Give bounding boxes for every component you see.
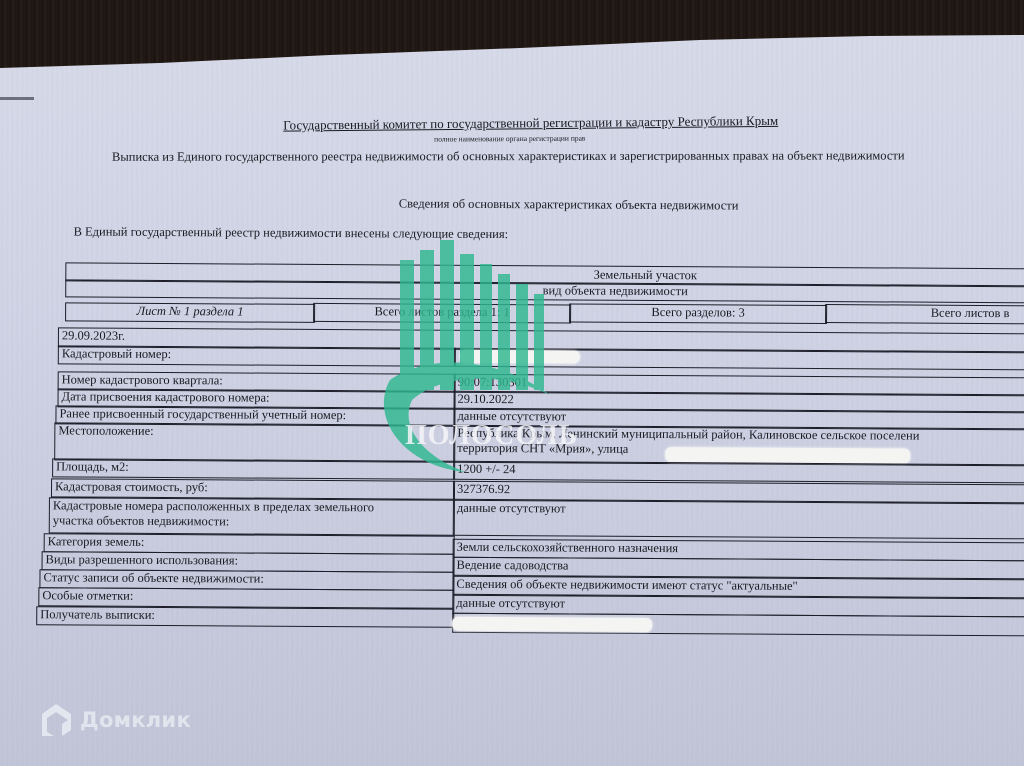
authority-name: Государственный комитет по государственн… [283, 113, 778, 134]
total-sheets-cell: Всего листов в [825, 304, 1024, 324]
special-marks-value: данные отсутствуют [456, 596, 565, 611]
total-sections: Всего разделов: 3 [651, 305, 745, 320]
record-status-value: Сведения об объекте недвижимости имеют с… [456, 577, 797, 593]
redaction-cadastral-number [460, 350, 580, 364]
cadastral-quarter-value: 90:07:130301 [458, 375, 528, 389]
permitted-use-value: Ведение садоводства [457, 558, 569, 573]
table-row-label: Кадастровый номер: [58, 345, 456, 366]
sheets-in-section-cell: Всего листов раздела 1: 1 [313, 303, 571, 324]
row-label: Кадастровый номер: [62, 346, 171, 361]
domclick-label: Домклик [80, 708, 191, 732]
row-label: Местоположение: [58, 423, 153, 438]
contained-objects-value: данные отсутствуют [457, 501, 566, 516]
row-label: Кадастровая стоимость, руб: [55, 479, 208, 494]
sheets-in-section: Всего листов раздела 1: 1 [374, 304, 509, 319]
table-row-label: Получатель выписки: [36, 606, 454, 628]
table-row-label: Площадь, м2: [52, 458, 455, 479]
agency-watermark-text: ПОЛОСОЛЬ [405, 420, 578, 452]
row-label-line2: участка объектов недвижимости: [53, 513, 454, 530]
cadastral-value: 327376.92 [457, 482, 510, 496]
document-page: Государственный комитет по государственн… [0, 0, 1024, 766]
row-label: Площадь, м2: [56, 459, 129, 473]
table-row-label: Местоположение: [54, 422, 455, 462]
total-sheets: Всего листов в [931, 306, 1010, 320]
sheet-no: Лист № 1 раздела 1 [137, 304, 244, 319]
domclick-house-icon [38, 702, 74, 738]
object-type: Земельный участок [594, 268, 697, 283]
land-category-value: Земли сельскохозяйственного назначения [457, 540, 678, 555]
intro-text: В Единый государственный реестр недвижим… [74, 224, 509, 242]
extract-date: 29.09.2023г. [62, 328, 125, 342]
document-title: Выписка из Единого государственного реес… [112, 148, 905, 164]
total-sections-cell: Всего разделов: 3 [569, 303, 827, 324]
table-row-label: Кадастровая стоимость, руб: [51, 478, 455, 499]
row-label: Получатель выписки: [40, 607, 155, 622]
redaction-recipient [452, 617, 652, 632]
area-value: 1200 +/- 24 [457, 462, 516, 476]
redaction-street [665, 447, 910, 463]
row-label: Дата присвоения кадастрового номера: [62, 389, 270, 404]
object-type-caption: вид объекта недвижимости [543, 283, 688, 298]
table-row-label: Особые отметки: [38, 587, 454, 609]
assignment-date-value: 29.10.2022 [458, 392, 514, 406]
row-label: Ранее присвоенный государственный учетны… [59, 406, 346, 422]
row-label: Статус записи об объекте недвижимости: [43, 570, 263, 585]
table-row-value: 1200 +/- 24 [453, 461, 1024, 484]
authority-caption: полное наименование органа регистрации п… [434, 134, 585, 144]
row-label: Категория земель: [48, 534, 145, 549]
table-row-label: Кадастровые номера расположенных в преде… [49, 497, 455, 535]
row-label: Особые отметки: [42, 588, 133, 603]
row-label: Виды разрешенного использования: [46, 552, 238, 567]
row-label: Номер кадастрового квартала: [62, 372, 223, 387]
domclick-watermark: Домклик [38, 702, 191, 738]
table-row-value: данные отсутствуют [453, 500, 1024, 540]
sheet-no-cell: Лист № 1 раздела 1 [65, 302, 315, 323]
section-title: Сведения об основных характеристиках объ… [399, 196, 739, 213]
